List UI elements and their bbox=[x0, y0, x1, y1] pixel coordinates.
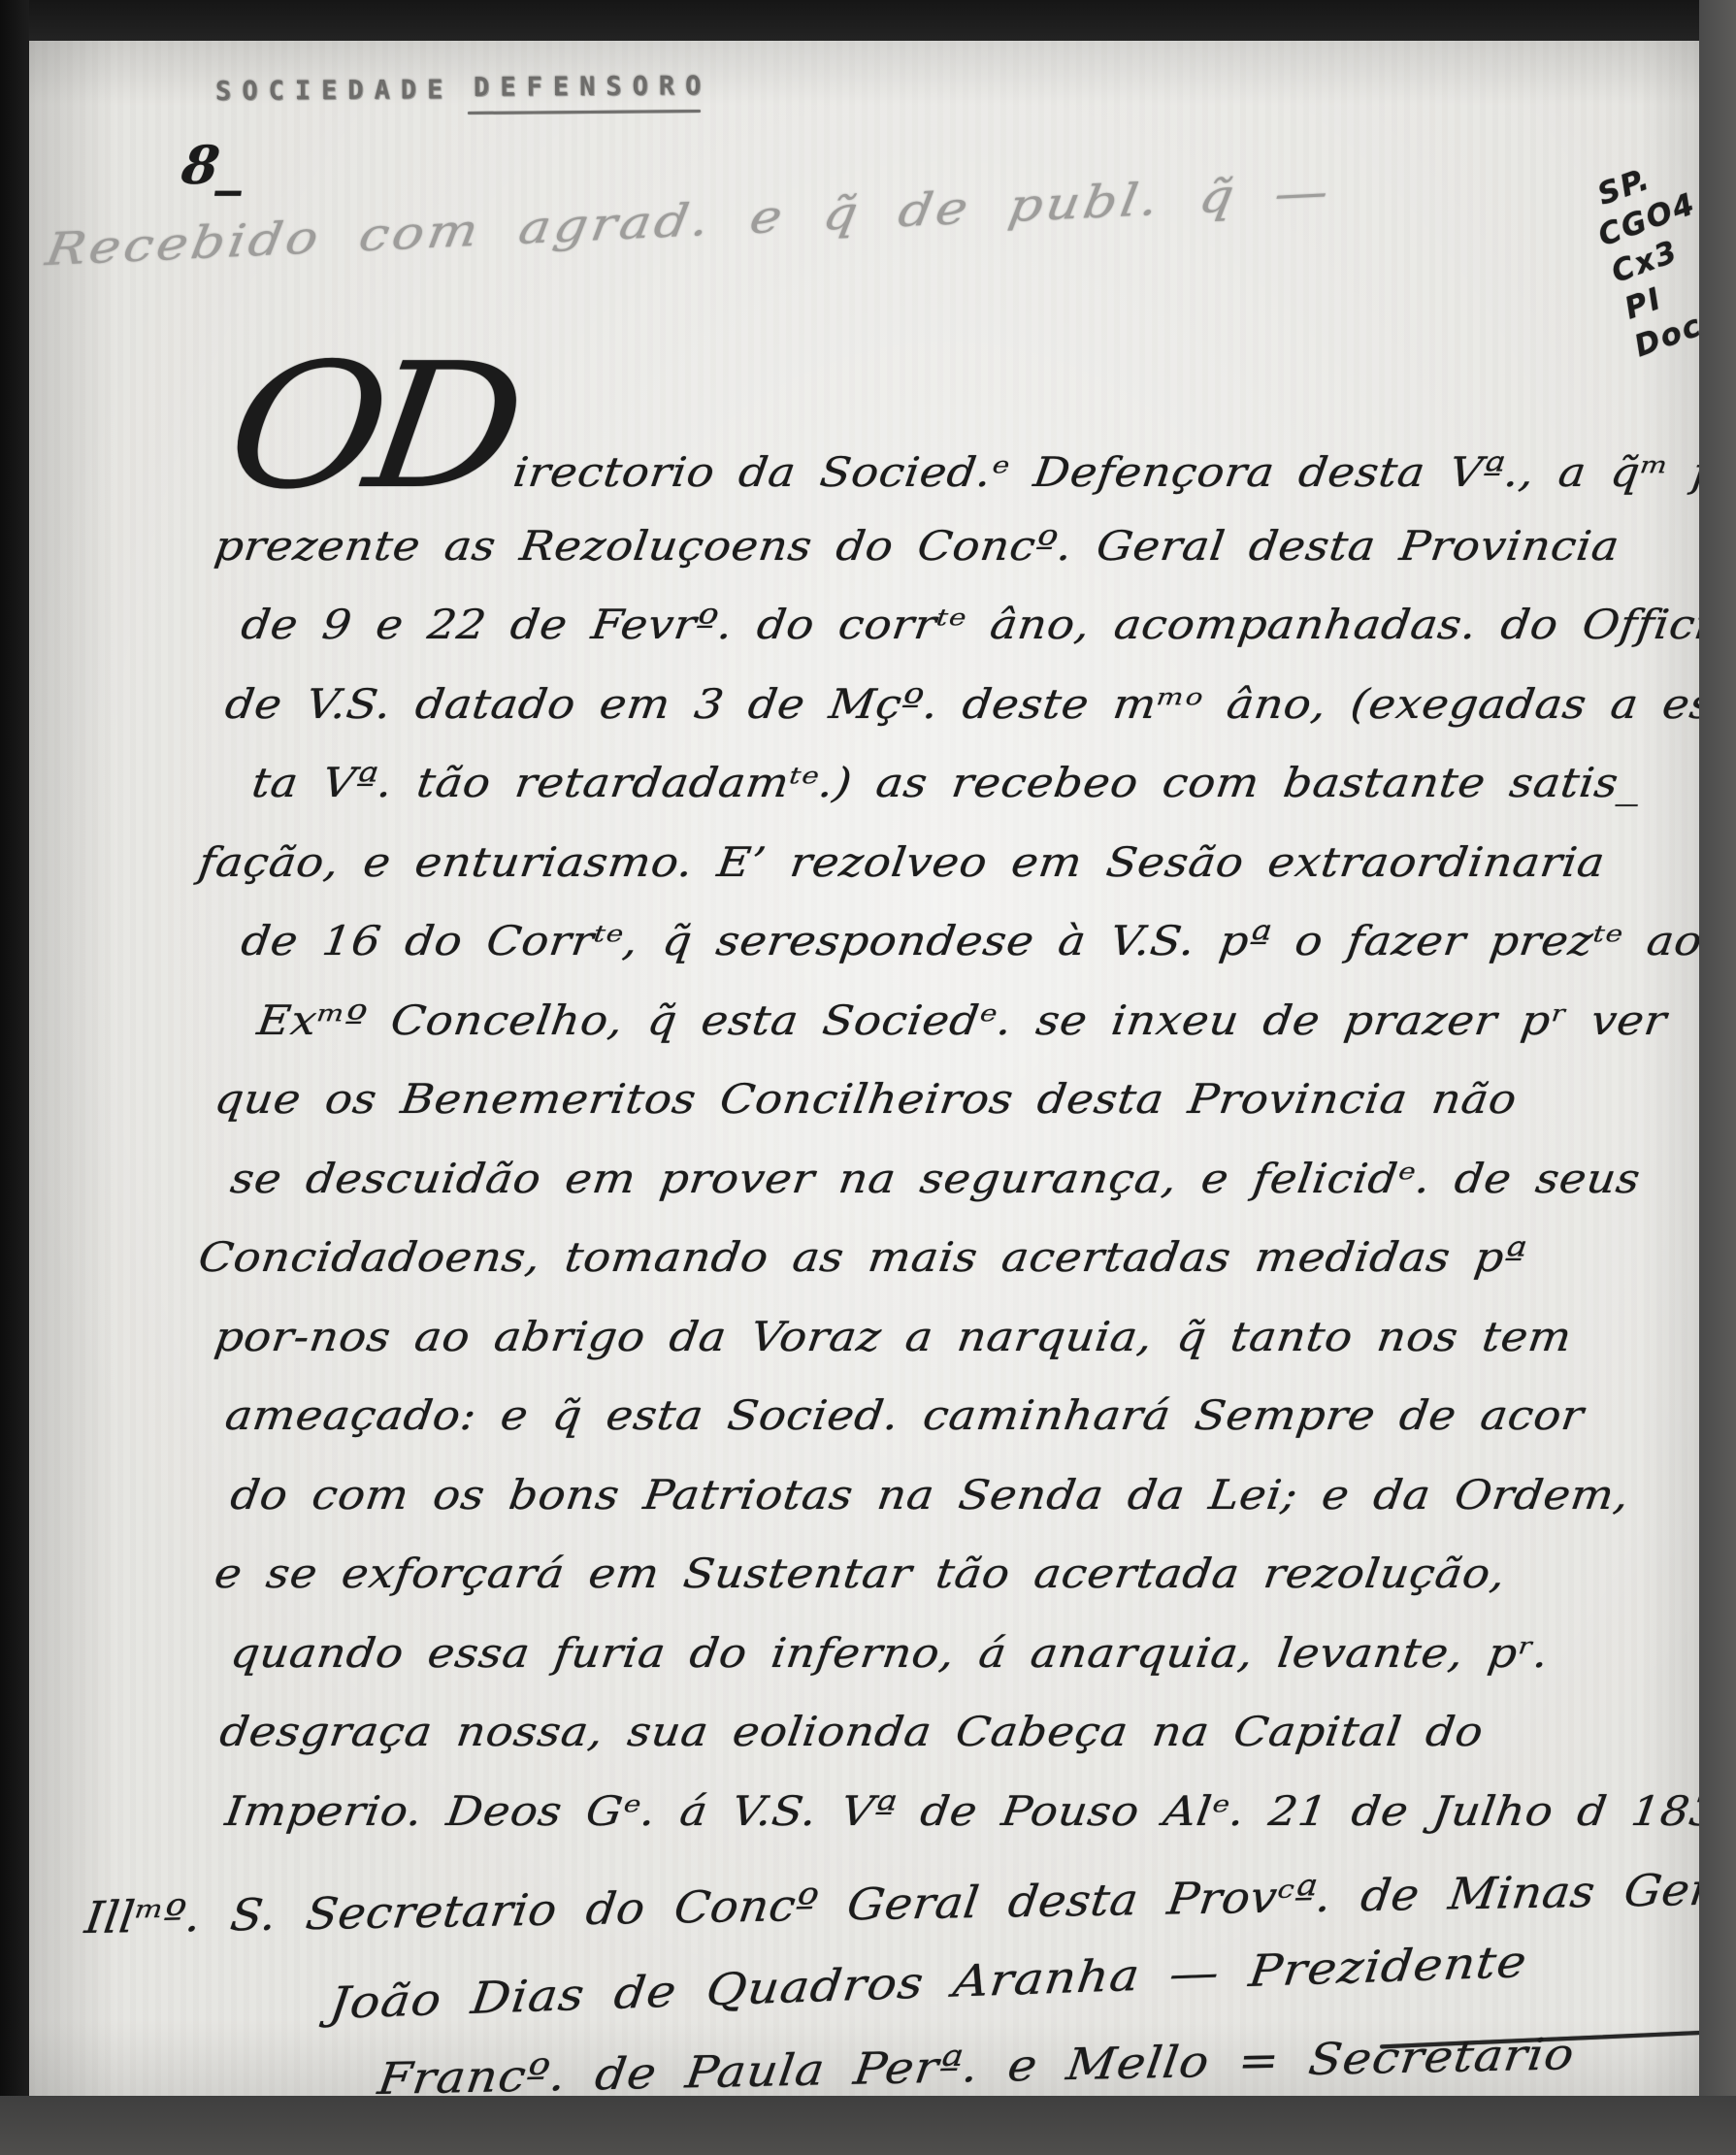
manuscript-line: que os Benemeritos Concilheiros desta Pr… bbox=[193, 1060, 1699, 1139]
manuscript-line: OD irectorio da Socied.ᵉ Defençora desta… bbox=[193, 427, 1699, 506]
manuscript-line: Exᵐº Concelho, q̃ esta Sociedᵉ. se inxeu… bbox=[193, 981, 1699, 1061]
manuscript-line: do com os bons Patriotas na Senda da Lei… bbox=[193, 1455, 1699, 1535]
manuscript-line: fação, e enturiasmo. E’ rezolveo em Sesã… bbox=[193, 823, 1699, 902]
scan-border-left bbox=[0, 0, 29, 2155]
manuscript-line: por-nos ao abrigo da Voraz a narquia, q̃… bbox=[193, 1297, 1699, 1377]
scan-border-bottom bbox=[0, 2096, 1736, 2155]
manuscript-line: Concidadoens, tomando as mais acertadas … bbox=[193, 1218, 1699, 1297]
manuscript-line: Imperio. Deos Gᵉ. á V.S. Vª de Pouso Alᵉ… bbox=[193, 1772, 1699, 1851]
archive-reference-code: SP. CGO4 Cx3 PI Doc25 bbox=[1580, 133, 1699, 365]
scan-border-right bbox=[1699, 0, 1736, 2155]
stamp-underline bbox=[468, 110, 701, 114]
scanned-manuscript: SOCIEDADE DEFENSORO 8_ Recebido com agra… bbox=[0, 0, 1736, 2155]
addressee-line: Illᵐº. S. Secretario do Concº Geral dest… bbox=[82, 1862, 1699, 1943]
document-page: SOCIEDADE DEFENSORO 8_ Recebido com agra… bbox=[29, 37, 1699, 2098]
scan-border-top bbox=[0, 0, 1736, 41]
manuscript-line: ameaçado: e q̃ esta Socied. caminhará Se… bbox=[193, 1376, 1699, 1455]
manuscript-line: ta Vª. tão retardadamᵗᵉ.) as recebeo com… bbox=[193, 743, 1699, 823]
stamp-sociedade: SOCIEDADE bbox=[215, 75, 454, 107]
signature-secretary: Francº. de Paula Perª. e Mello = Secreta… bbox=[375, 2028, 1578, 2098]
manuscript-line: e se exforçará em Sustentar tão acertada… bbox=[193, 1534, 1699, 1614]
manuscript-line: quando essa furia do inferno, á anarquia… bbox=[193, 1614, 1699, 1693]
manuscript-line-text: irectorio da Socied.ᵉ Defençora desta Vª… bbox=[508, 433, 1699, 512]
manuscript-line: de 16 do Corrᵗᵉ, q̃ serespondese à V.S. … bbox=[193, 901, 1699, 981]
manuscript-line: de 9 e 22 de Fevrº. do corrᵗᵉ âno, acomp… bbox=[193, 585, 1699, 665]
manuscript-line: se descuidão em prover na segurança, e f… bbox=[193, 1139, 1699, 1219]
stamp-defensoro: DEFENSORO bbox=[474, 71, 712, 103]
manuscript-body: OD irectorio da Socied.ᵉ Defençora desta… bbox=[199, 427, 1699, 1850]
manuscript-line: de V.S. datado em 3 de Mçº. deste mᵐᵒ ân… bbox=[193, 665, 1699, 744]
manuscript-line: prezente as Rezoluçoens do Concº. Geral … bbox=[193, 506, 1699, 586]
page-number: 8_ bbox=[179, 134, 250, 196]
manuscript-line: desgraça nossa, sua eolionda Cabeça na C… bbox=[193, 1692, 1699, 1772]
signature-president: João Dias de Quadros Aranha — Prezidente bbox=[327, 1936, 1530, 2029]
